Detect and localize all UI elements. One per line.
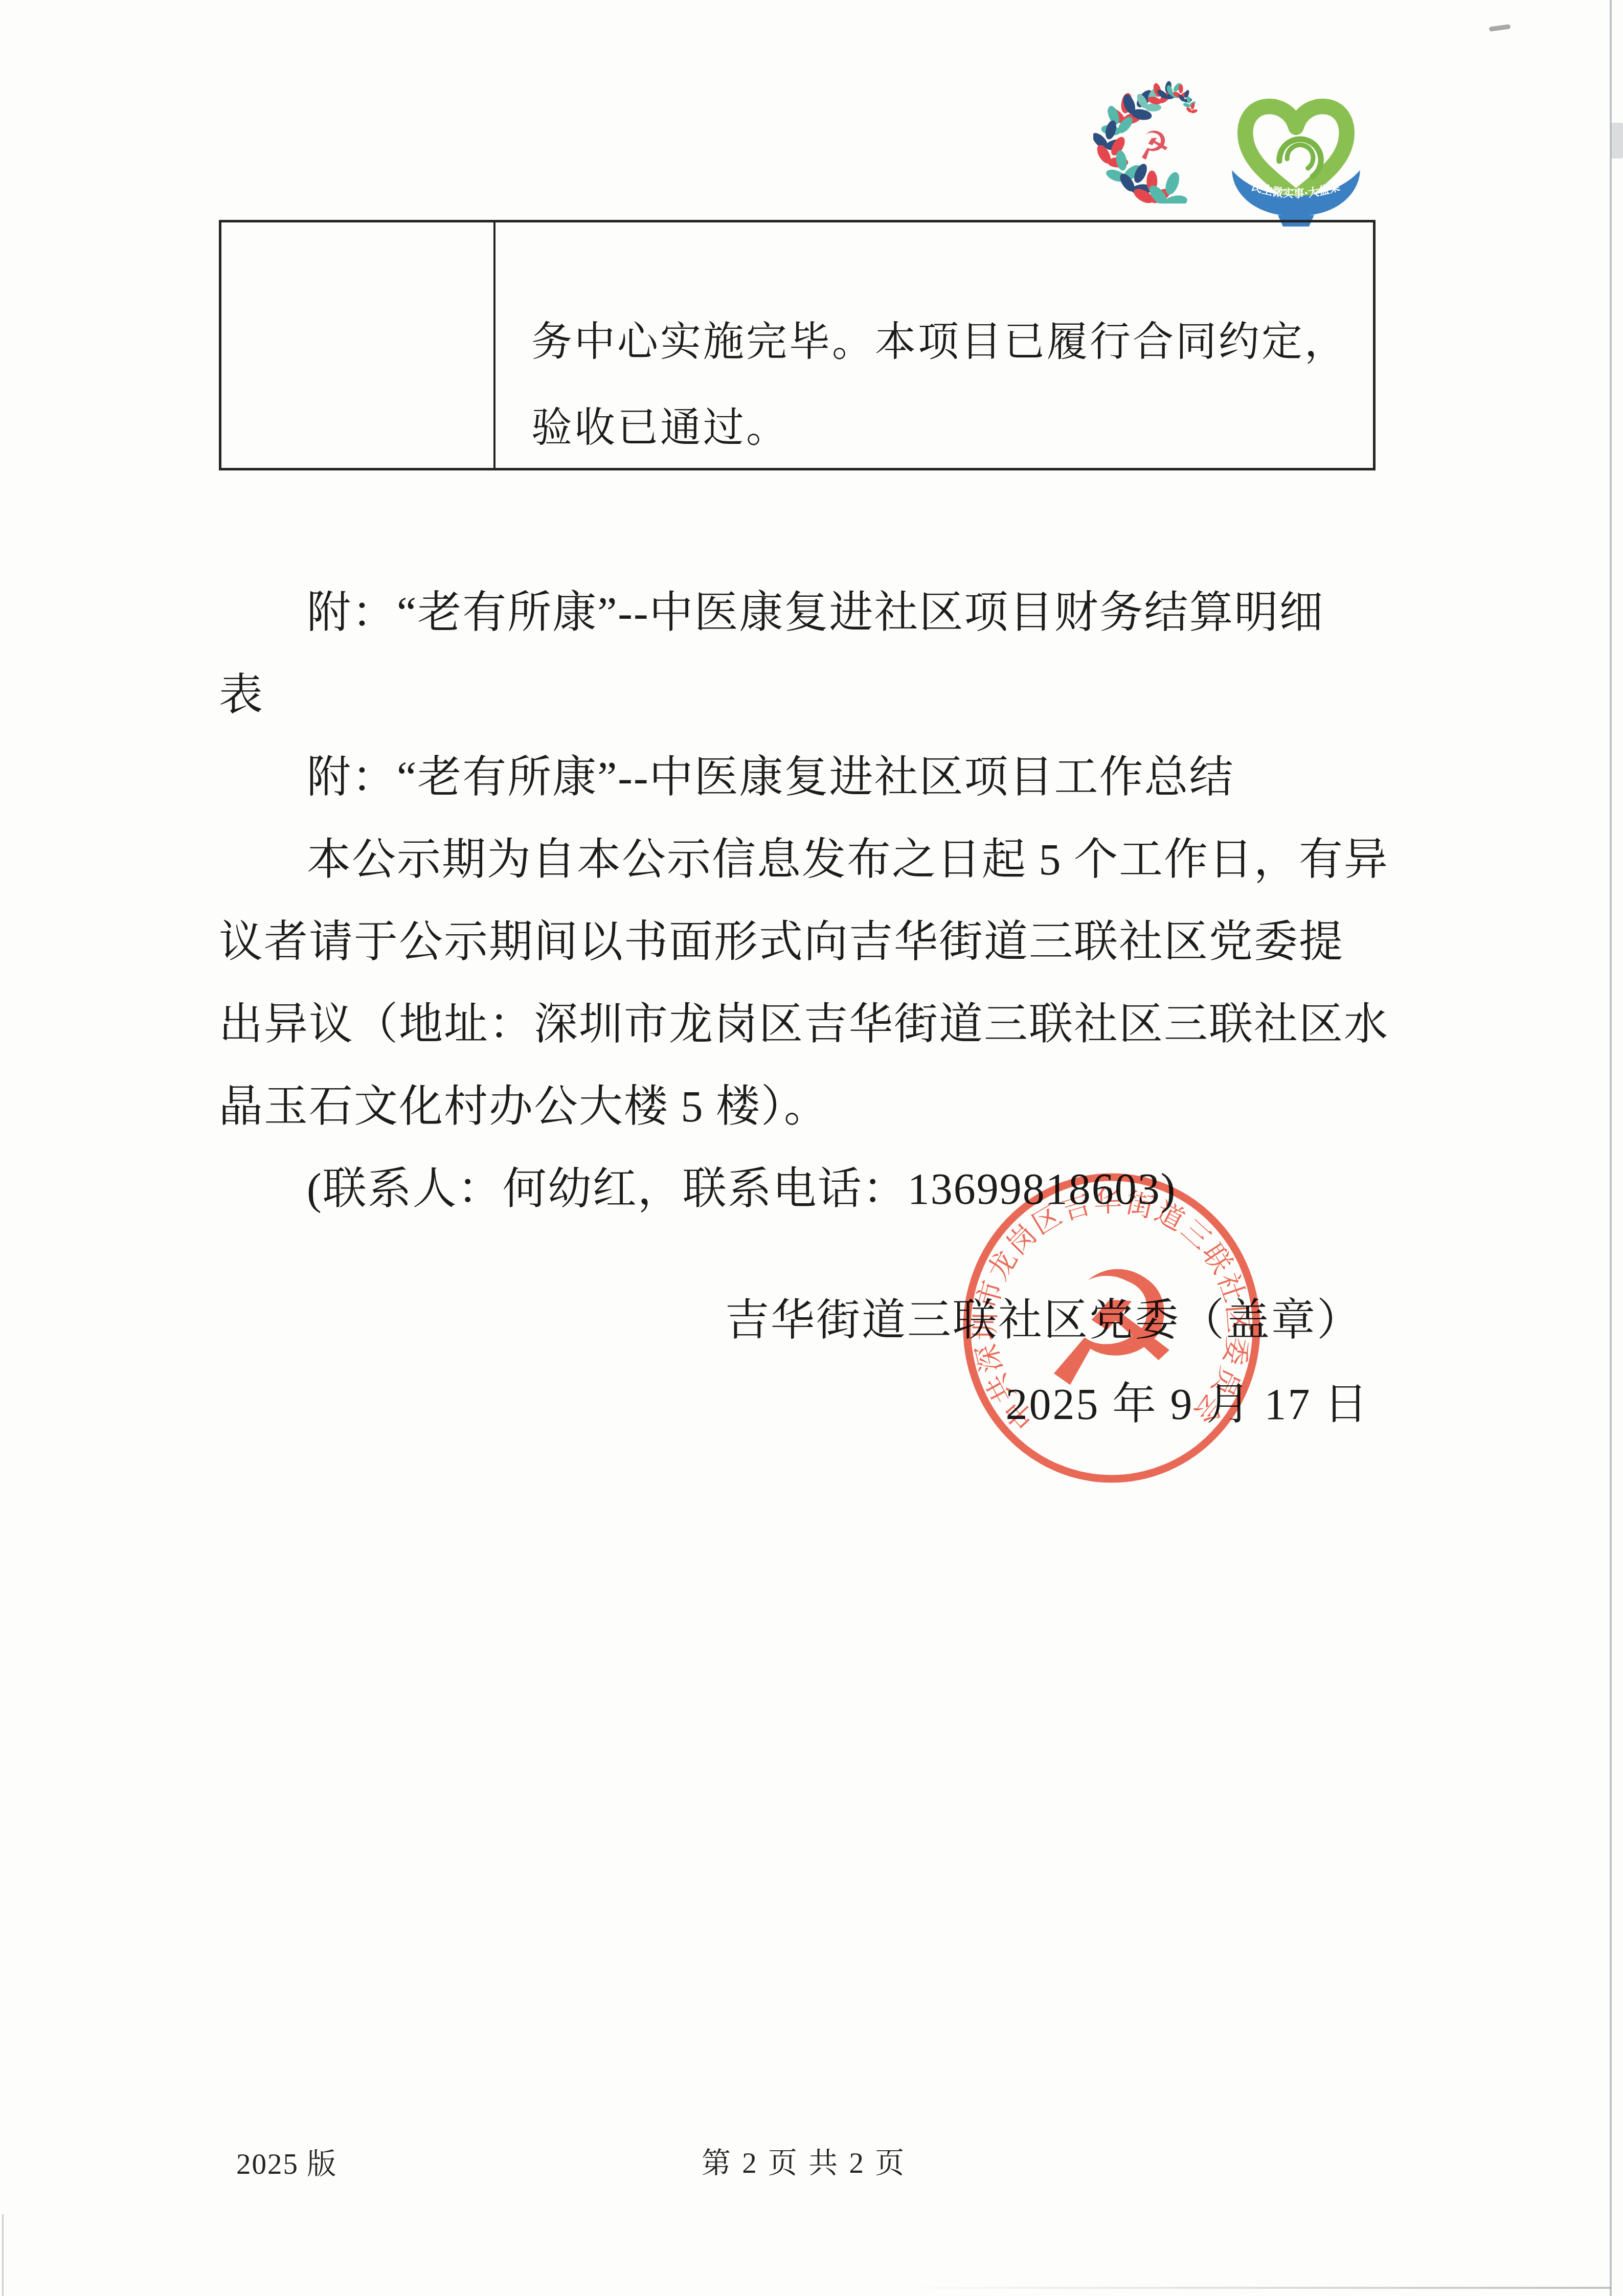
table-left-cell [221,222,495,468]
scan-artifact-right-edge-line [1610,0,1612,2296]
notice-line-3: 出异议（地址：深圳市龙岗区吉华街道三联社区三联社区水 [219,983,1410,1066]
notice-line-2: 议者请于公示期间以书面形式向吉华街道三联社区党委提 [219,901,1410,983]
header-logos: ☭ 民生微实事·大盆菜 [1089,72,1376,230]
official-stamp: 中共深圳市龙岗区吉华街道三联社区委员会 ☭ [957,1170,1266,1486]
body-text-block: 附：“老有所康”--中医康复进社区项目财务结算明细 表 附：“老有所康”--中医… [219,572,1410,1230]
footer-edition: 2025 版 [236,2141,337,2182]
stamp-hammer-sickle-icon: ☭ [1041,1238,1183,1423]
scan-artifact-top-dash [1489,24,1511,32]
scan-artifact-left-edge-line [2,2214,4,2296]
attachment1-line2: 表 [219,654,1410,736]
notice-line-4: 晶玉石文化村办公大楼 5 楼）。 [219,1066,1410,1148]
party-heart-logo: ☭ [1093,76,1198,204]
table-right-cell: 务中心实施完毕。本项目已履行合同约定， 验收已通过。 [495,222,1373,468]
attachment1-line1: 附：“老有所康”--中医康复进社区项目财务结算明细 [219,572,1410,654]
footer-page-number: 第 2 页 共 2 页 [702,2140,906,2181]
attachment2-line: 附：“老有所康”--中医康复进社区项目工作总结 [219,736,1410,819]
notice-line-1: 本公示期为自本公示信息发布之日起 5 个工作日，有异 [219,819,1410,901]
minsheng-bowl-logo: 民生微实事·大盆菜 [1223,78,1369,229]
table-right-line-1: 务中心实施完毕。本项目已履行合同约定， [531,299,1347,385]
scan-artifact-bottom-line [895,2287,1611,2289]
scan-artifact-right-smudge [1610,123,1623,159]
scanned-document-page: ☭ 民生微实事·大盆菜 务中心实施完毕。本项目已履行合同约定， 验收已通过。 附… [0,0,1623,2296]
swirl-shape-inner [1287,145,1313,168]
hammer-sickle-emblem-icon: ☭ [1133,121,1174,170]
table-right-line-2: 验收已通过。 [531,385,1347,471]
continuation-table: 务中心实施完毕。本项目已履行合同约定， 验收已通过。 [219,220,1376,470]
